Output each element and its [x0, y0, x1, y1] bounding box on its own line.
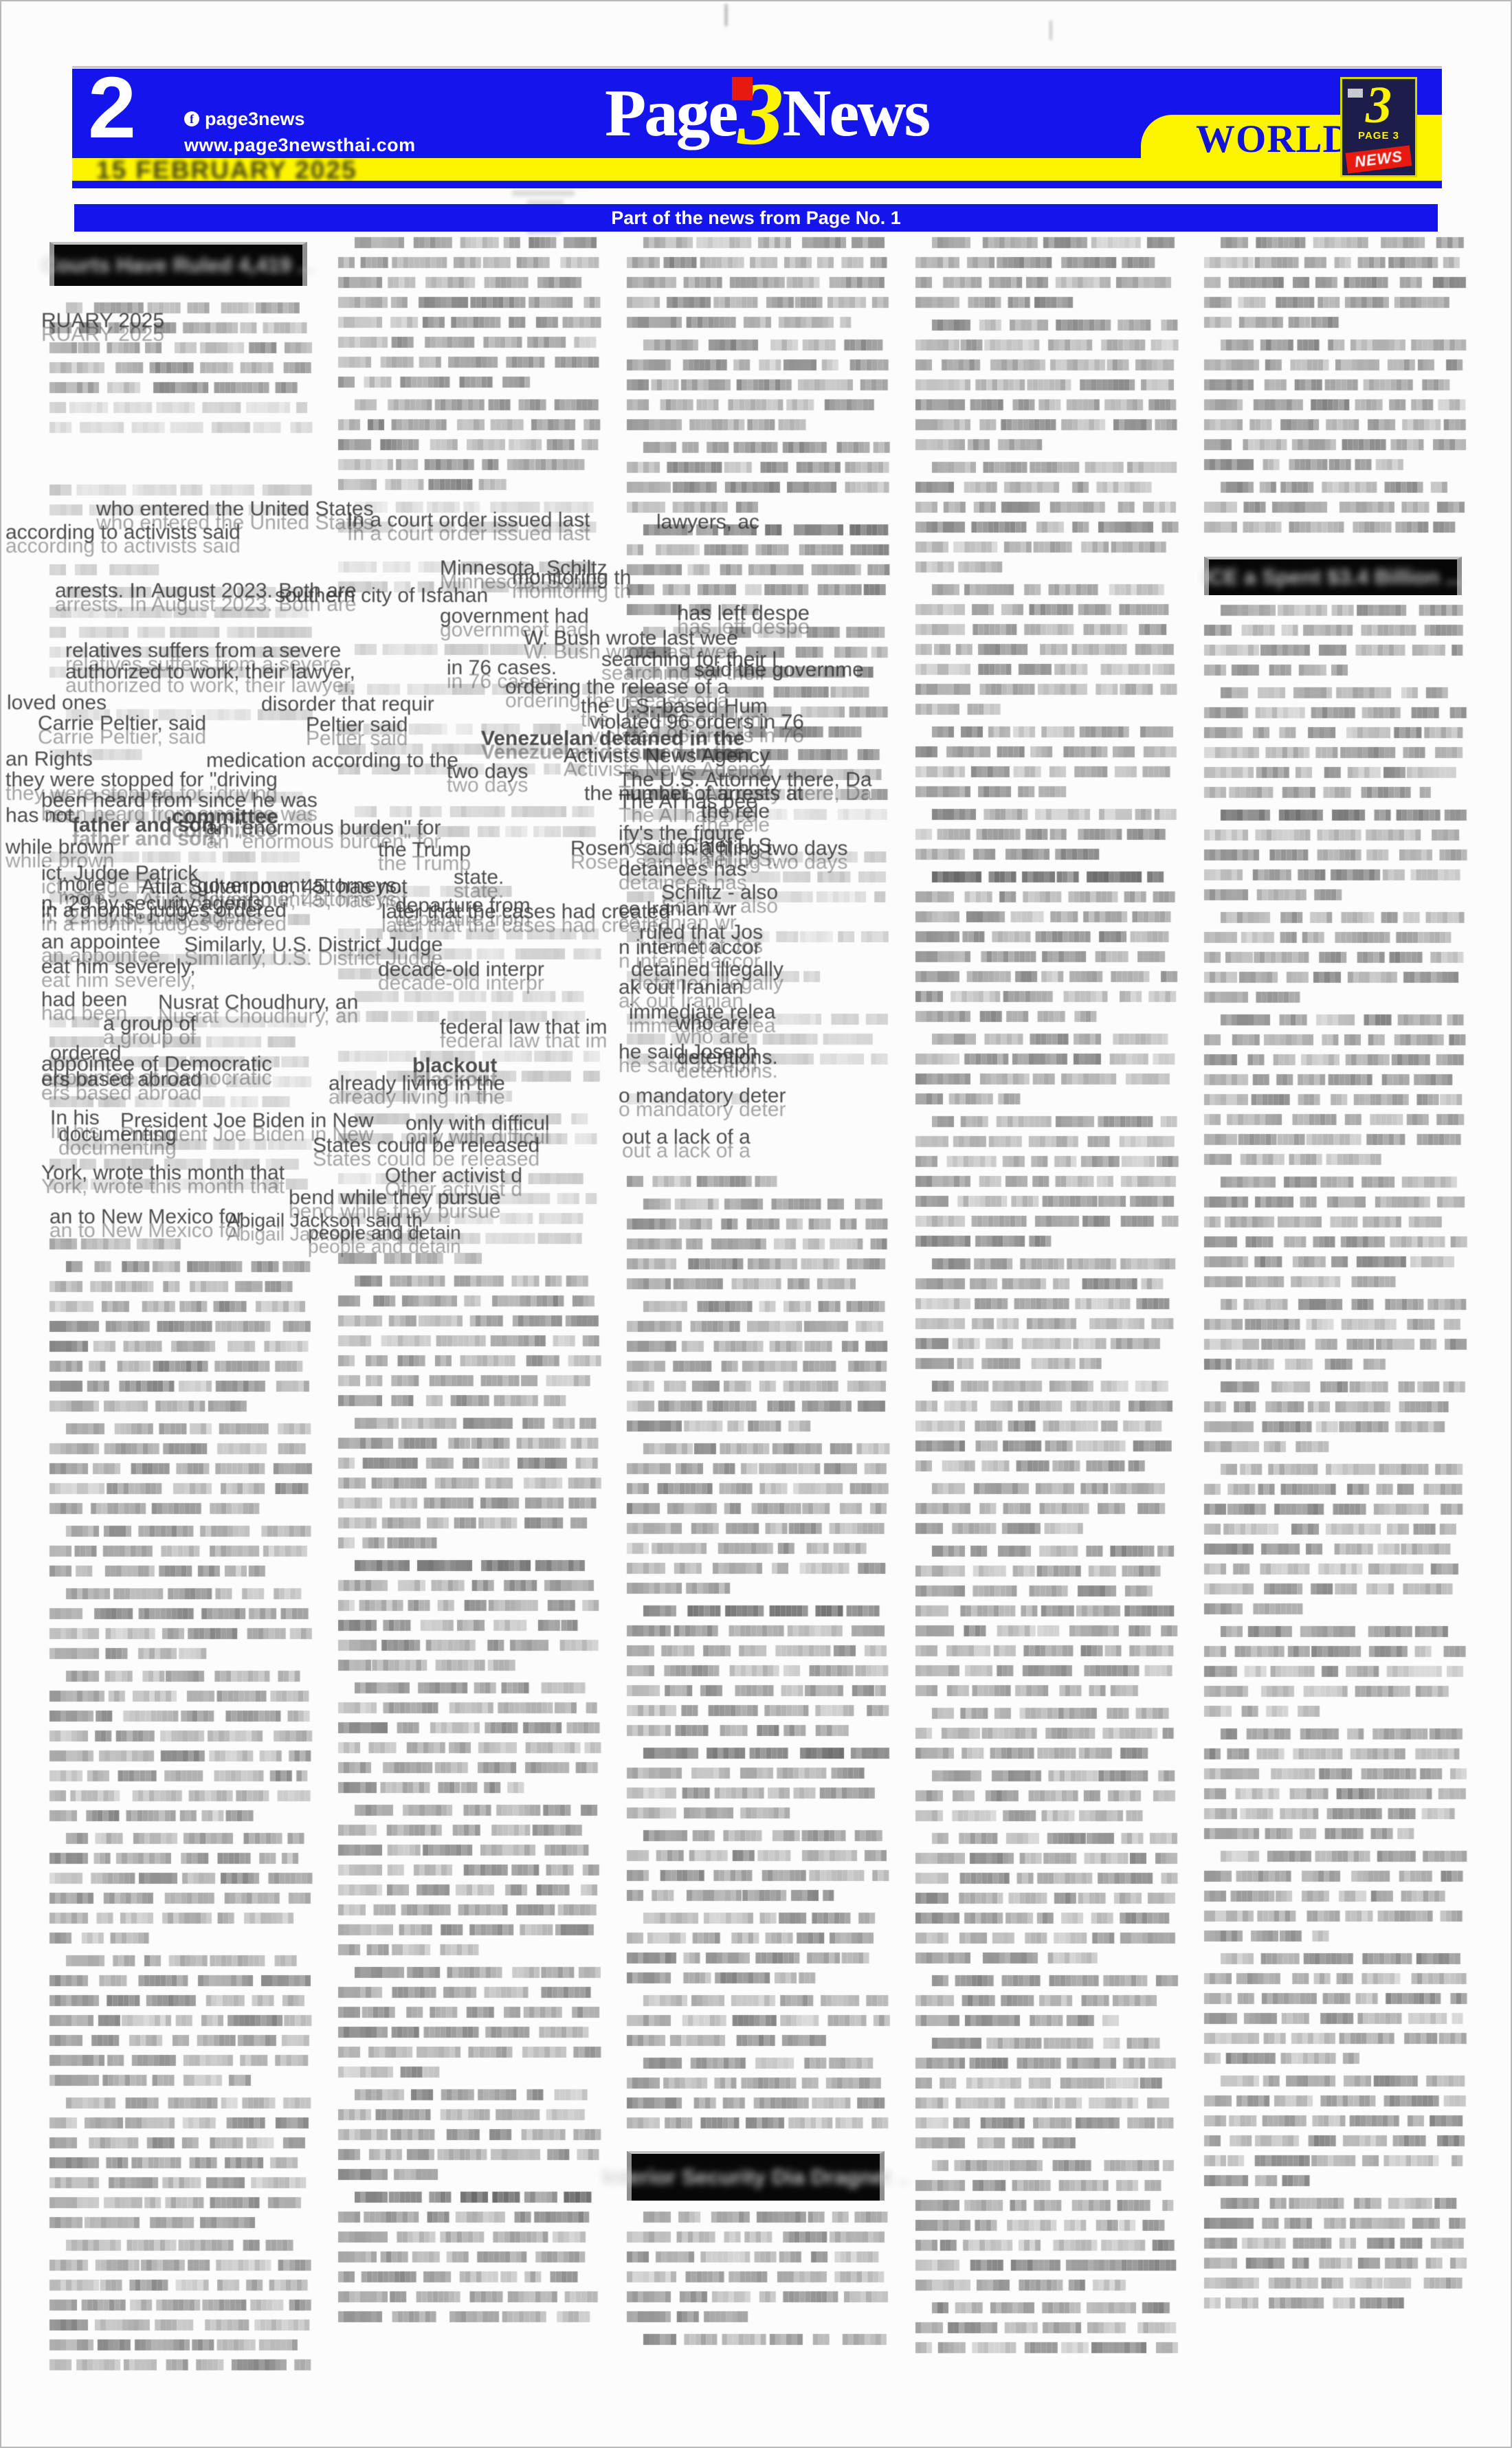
section-header-label: Courts Have Ruled 4,419 ... [42, 253, 315, 278]
logo-flag-icon [1348, 89, 1363, 98]
facebook-handle: page3news [205, 109, 305, 130]
scan-artifact-mark [1050, 21, 1052, 40]
subtitle-text: Part of the news from Page No. 1 [611, 208, 901, 229]
masthead-logo: Page 3 News [605, 80, 929, 149]
scan-artifact-mark [725, 4, 727, 26]
logo-caption: PAGE 3 [1342, 130, 1415, 142]
masthead-word1: Page [605, 80, 736, 146]
ghost-ink-smudge [512, 190, 575, 196]
section-header-bar-interior: Interior Security Dia Dragnet .. [627, 2151, 885, 2201]
logo-ribbon-label: NEWS [1354, 148, 1404, 171]
section-header-bar-courts: Courts Have Ruled 4,419 ... [49, 242, 307, 286]
website-url: www.page3newsthai.com [184, 135, 416, 156]
masthead-digit-wrap: 3 [737, 80, 781, 149]
section-header-label: ICE a Spent $3.4 Billion ... [1203, 565, 1463, 590]
masthead-word2: News [782, 80, 929, 146]
newspaper-page-scan: 2 f page3news www.page3newsthai.com Page… [0, 0, 1512, 2448]
section-header-label: Interior Security Dia Dragnet .. [602, 2165, 909, 2190]
masthead-red-flag [732, 77, 753, 100]
header-bottom-strip [72, 181, 1442, 188]
page3-news-logo: 3 PAGE 3 NEWS [1340, 77, 1417, 177]
logo-news-ribbon: NEWS [1346, 145, 1412, 173]
subtitle-bar: Part of the news from Page No. 1 [74, 204, 1438, 232]
section-header-bar-ice: ICE a Spent $3.4 Billion ... [1204, 557, 1462, 595]
section-tab-label: WORLD [1196, 117, 1333, 162]
blurred-body-text-canvas [0, 0, 1512, 2448]
logo-digit: 3 [1342, 80, 1415, 130]
facebook-row: f page3news [184, 110, 305, 128]
page-number: 2 [88, 60, 136, 156]
facebook-icon: f [184, 111, 199, 126]
